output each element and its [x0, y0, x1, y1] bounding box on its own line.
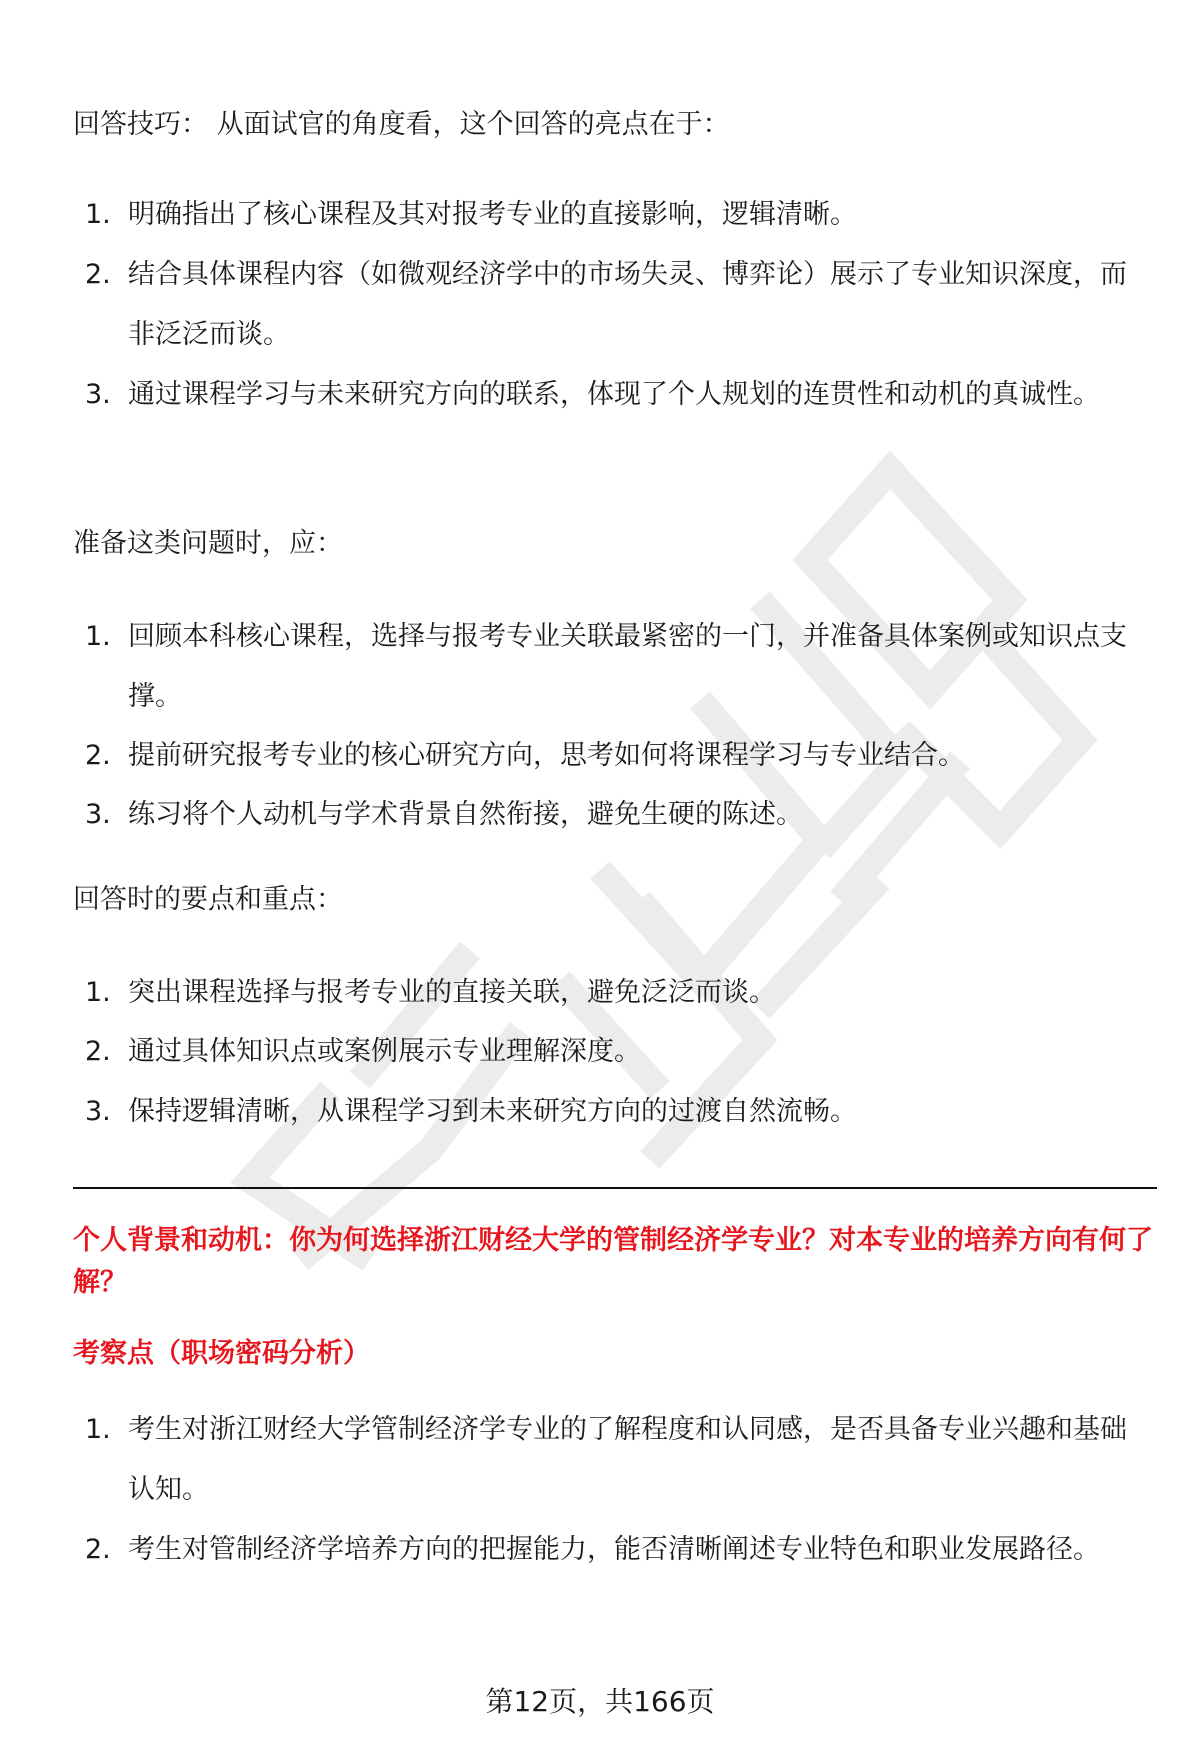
list-item: 1. 考生对浙江财经大学管制经济学专业的了解程度和认同感，是否具备专业兴趣和基础… [73, 1400, 1157, 1520]
list-number: 1. [85, 1400, 125, 1460]
list-item: 1. 突出课程选择与报考专业的直接关联，避免泛泛而谈。 [73, 963, 1157, 1023]
list-text: 明确指出了核心课程及其对报考专业的直接影响，逻辑清晰。 [128, 185, 1153, 245]
key-points-intro: 回答时的要点和重点： [73, 884, 343, 916]
list-text: 提前研究报考专业的核心研究方向，思考如何将课程学习与专业结合。 [128, 726, 1153, 786]
prepare-intro: 准备这类问题时，应： [73, 528, 343, 560]
list-text: 突出课程选择与报考专业的直接关联，避免泛泛而谈。 [128, 963, 1153, 1023]
list-item: 1. 回顾本科核心课程，选择与报考专业关联最紧密的一门，并准备具体案例或知识点支… [73, 607, 1157, 727]
answer-tips-intro: 回答技巧： 从面试官的角度看，这个回答的亮点在于： [73, 109, 730, 141]
section-divider [73, 1187, 1157, 1189]
list-number: 3. [85, 785, 125, 845]
page-indicator: 第12页，共166页 [0, 1680, 1200, 1720]
list-text: 通过具体知识点或案例展示专业理解深度。 [128, 1022, 1153, 1082]
list-number: 2. [85, 726, 125, 786]
list-item: 2. 通过具体知识点或案例展示专业理解深度。 [73, 1022, 1157, 1082]
analysis-subheading: 考察点（职场密码分析） [73, 1333, 1163, 1375]
list-text: 练习将个人动机与学术背景自然衔接，避免生硬的陈述。 [128, 785, 1153, 845]
list-text: 通过课程学习与未来研究方向的联系，体现了个人规划的连贯性和动机的真诚性。 [128, 365, 1153, 425]
list-number: 1. [85, 607, 125, 667]
list-text: 回顾本科核心课程，选择与报考专业关联最紧密的一门，并准备具体案例或知识点支撑。 [128, 607, 1153, 727]
list-number: 3. [85, 365, 125, 425]
list-number: 2. [85, 1022, 125, 1082]
list-item: 2. 结合具体课程内容（如微观经济学中的市场失灵、博弈论）展示了专业知识深度，而… [73, 245, 1157, 365]
list-item: 1. 明确指出了核心课程及其对报考专业的直接影响，逻辑清晰。 [73, 185, 1157, 245]
list-item: 3. 保持逻辑清晰，从课程学习到未来研究方向的过渡自然流畅。 [73, 1082, 1157, 1142]
list-item: 3. 练习将个人动机与学术背景自然衔接，避免生硬的陈述。 [73, 785, 1157, 845]
list-item: 2. 提前研究报考专业的核心研究方向，思考如何将课程学习与专业结合。 [73, 726, 1157, 786]
list-number: 1. [85, 963, 125, 1023]
list-number: 3. [85, 1082, 125, 1142]
list-number: 2. [85, 1520, 125, 1580]
list-number: 2. [85, 245, 125, 305]
list-number: 1. [85, 185, 125, 245]
list-item: 2. 考生对管制经济学培养方向的把握能力，能否清晰阐述专业特色和职业发展路径。 [73, 1520, 1157, 1580]
question-title: 个人背景和动机：你为何选择浙江财经大学的管制经济学专业？对本专业的培养方向有何了… [73, 1220, 1163, 1304]
list-text: 保持逻辑清晰，从课程学习到未来研究方向的过渡自然流畅。 [128, 1082, 1153, 1142]
list-text: 结合具体课程内容（如微观经济学中的市场失灵、博弈论）展示了专业知识深度，而非泛泛… [128, 245, 1153, 365]
list-text: 考生对管制经济学培养方向的把握能力，能否清晰阐述专业特色和职业发展路径。 [128, 1520, 1153, 1580]
list-text: 考生对浙江财经大学管制经济学专业的了解程度和认同感，是否具备专业兴趣和基础认知。 [128, 1400, 1153, 1520]
list-item: 3. 通过课程学习与未来研究方向的联系，体现了个人规划的连贯性和动机的真诚性。 [73, 365, 1157, 425]
